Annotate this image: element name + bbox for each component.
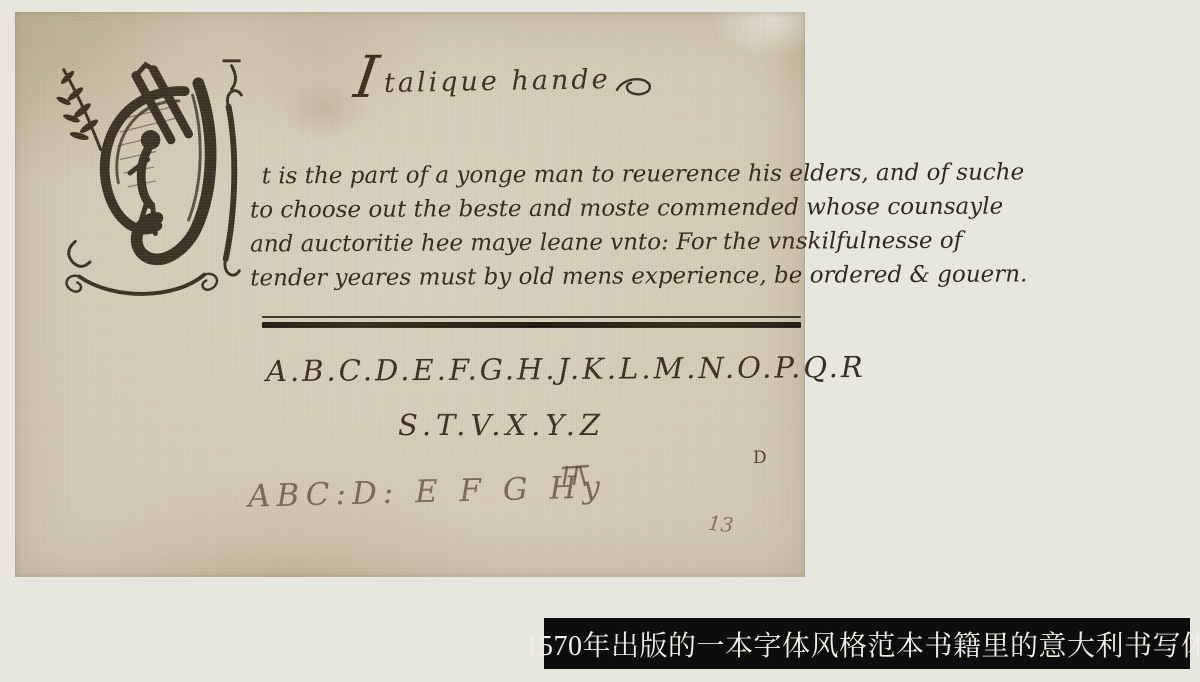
heading-swash-initial: I — [351, 48, 382, 106]
body-text: t is the part of a yonge man to reuerenc… — [250, 157, 811, 296]
signature-mark: D — [753, 448, 768, 468]
manuscript-line: tender yeares must by old mens experienc… — [250, 259, 810, 296]
rule-thick-line — [262, 322, 801, 328]
folio-number: 13 — [707, 511, 735, 538]
page-heading: I talique hande — [355, 48, 653, 106]
double-rule-divider — [262, 316, 801, 328]
alphabet-row-2: S.T.V.X.Y.Z — [398, 408, 605, 442]
manuscript-line: and auctoritie hee maye leane vnto: For … — [250, 225, 810, 262]
alphabet-row-1: A.B.C.D.E.F.G.H.J.K.L.M.N.O.P.Q.R — [266, 350, 866, 388]
heading-flourish-icon — [613, 74, 653, 100]
pen-trial-marks-icon — [560, 464, 594, 488]
handwritten-alphabet-trials: ABC:D: E F G Hy — [248, 469, 607, 514]
heading-text: talique hande — [384, 64, 611, 99]
manuscript-photo: I talique hande t is the part of a yonge… — [15, 12, 805, 577]
manuscript-line: to choose out the beste and moste commen… — [250, 191, 810, 228]
caption-text: 1570年出版的一本字体风格范本书籍里的意大利书写体 — [525, 624, 1200, 664]
manuscript-line: t is the part of a yonge man to reuerenc… — [250, 157, 810, 194]
page: I talique hande t is the part of a yonge… — [0, 0, 1200, 682]
rule-thin-line — [262, 316, 801, 318]
caption-bar: 1570年出版的一本字体风格范本书籍里的意大利书写体 — [544, 618, 1190, 669]
decorated-initial-woodcut-icon — [50, 48, 255, 306]
